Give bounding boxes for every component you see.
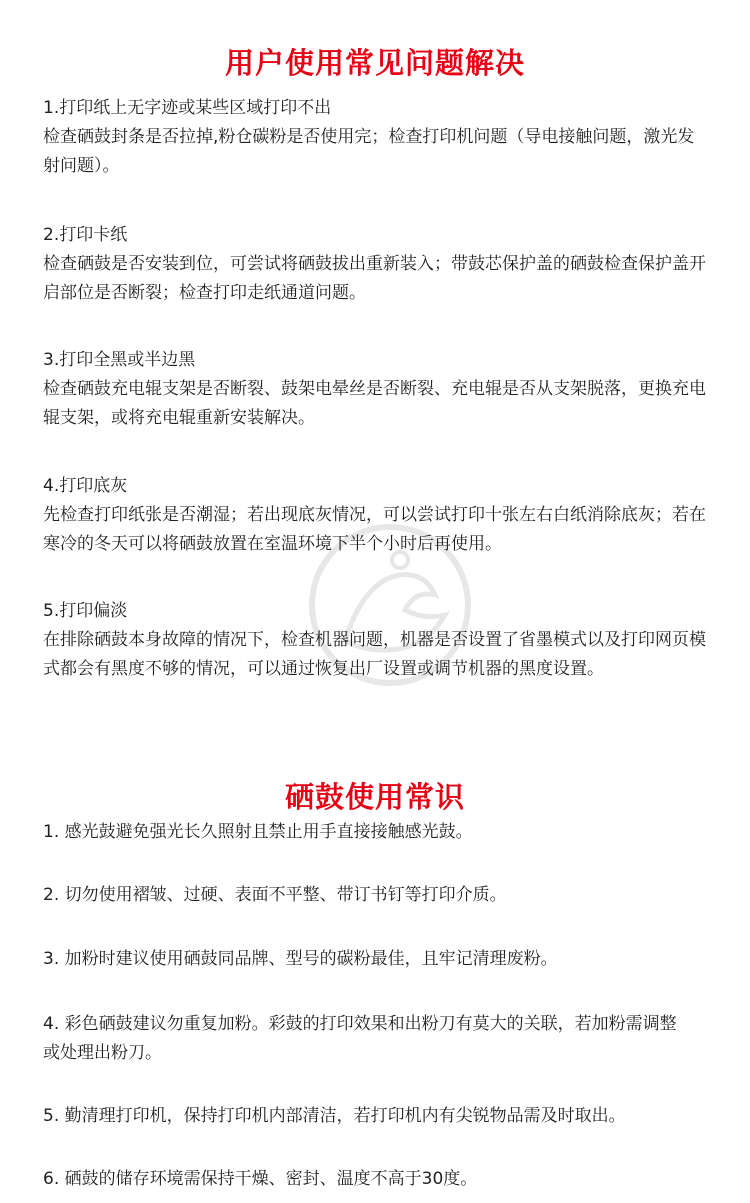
faq-question: 5.打印偏淡 xyxy=(43,597,707,626)
faq-question: 1.打印纸上无字迹或某些区域打印不出 xyxy=(43,94,707,123)
faq-item: 1.打印纸上无字迹或某些区域打印不出 检查硒鼓封条是否拉掉,粉仓碳粉是否使用完；… xyxy=(43,94,707,181)
faq-item: 2.打印卡纸 检查硒鼓是否安装到位，可尝试将硒鼓拔出重新装入；带鼓芯保护盖的硒鼓… xyxy=(43,221,707,308)
faq-answer: 检查硒鼓是否安装到位，可尝试将硒鼓拔出重新装入；带鼓芯保护盖的硒鼓检查保护盖开启… xyxy=(43,250,707,308)
faq-question: 4.打印底灰 xyxy=(43,472,707,501)
tip-item: 1. 感光鼓避免强光长久照射且禁止用手直接接触感光鼓。 xyxy=(43,818,683,847)
faq-answer: 在排除硒鼓本身故障的情况下，检查机器问题，机器是否设置了省墨模式以及打印网页模式… xyxy=(43,626,707,684)
section-title-faq: 用户使用常见问题解决 xyxy=(0,45,750,81)
faq-item: 4.打印底灰 先检查打印纸张是否潮湿；若出现底灰情况，可以尝试打印十张左右白纸消… xyxy=(43,472,707,559)
faq-answer: 检查硒鼓充电辊支架是否断裂、鼓架电晕丝是否断裂、充电辊是否从支架脱落，更换充电辊… xyxy=(43,375,707,433)
tip-item: 6. 硒鼓的储存环境需保持干燥、密封、温度不高于30度。 xyxy=(43,1165,683,1194)
faq-question: 3.打印全黑或半边黑 xyxy=(43,346,707,375)
tip-item: 2. 切勿使用褶皱、过硬、表面不平整、带订书钉等打印介质。 xyxy=(43,881,683,910)
faq-answer: 检查硒鼓封条是否拉掉,粉仓碳粉是否使用完；检查打印机问题（导电接触问题，激光发射… xyxy=(43,123,707,181)
section-title-tips: 硒鼓使用常识 xyxy=(0,779,750,815)
faq-item: 3.打印全黑或半边黑 检查硒鼓充电辊支架是否断裂、鼓架电晕丝是否断裂、充电辊是否… xyxy=(43,346,707,433)
faq-item: 5.打印偏淡 在排除硒鼓本身故障的情况下，检查机器问题，机器是否设置了省墨模式以… xyxy=(43,597,707,684)
tip-item: 3. 加粉时建议使用硒鼓同品牌、型号的碳粉最佳，且牢记清理废粉。 xyxy=(43,945,683,974)
tip-item: 5. 勤清理打印机，保持打印机内部清洁，若打印机内有尖锐物品需及时取出。 xyxy=(43,1102,723,1131)
faq-answer: 先检查打印纸张是否潮湿；若出现底灰情况，可以尝试打印十张左右白纸消除底灰；若在寒… xyxy=(43,501,707,559)
tip-item: 4. 彩色硒鼓建议勿重复加粉。彩鼓的打印效果和出粉刀有莫大的关联，若加粉需调整或… xyxy=(43,1010,683,1068)
faq-question: 2.打印卡纸 xyxy=(43,221,707,250)
